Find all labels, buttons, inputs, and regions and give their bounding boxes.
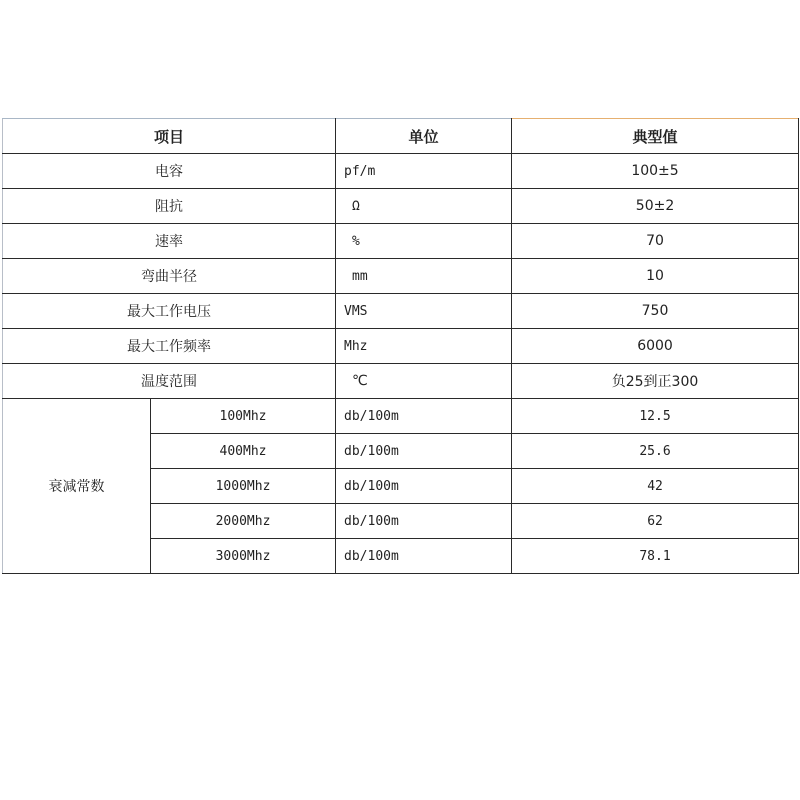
value-cell: 50±2 <box>512 189 799 224</box>
value-cell: 70 <box>512 224 799 259</box>
item-cell: 温度范围 <box>3 364 336 399</box>
unit-cell: db/100m <box>336 469 512 504</box>
unit-cell: Ω <box>336 189 512 224</box>
table-row: 速率 % 70 <box>3 224 799 259</box>
table-row: 最大工作频率 Mhz 6000 <box>3 329 799 364</box>
frequency-cell: 2000Mhz <box>151 504 336 539</box>
value-cell: 750 <box>512 294 799 329</box>
table-row: 阻抗 Ω 50±2 <box>3 189 799 224</box>
unit-cell: Mhz <box>336 329 512 364</box>
frequency-cell: 100Mhz <box>151 399 336 434</box>
unit-cell: db/100m <box>336 539 512 574</box>
value-cell: 6000 <box>512 329 799 364</box>
table-row: 弯曲半径 mm 10 <box>3 259 799 294</box>
attenuation-label: 衰减常数 <box>3 399 151 574</box>
header-item: 项目 <box>3 119 336 154</box>
unit-cell: VMS <box>336 294 512 329</box>
header-value: 典型值 <box>512 119 799 154</box>
item-cell: 阻抗 <box>3 189 336 224</box>
item-cell: 电容 <box>3 154 336 189</box>
value-cell: 100±5 <box>512 154 799 189</box>
unit-cell: ℃ <box>336 364 512 399</box>
table-row: 电容 pf/m 100±5 <box>3 154 799 189</box>
item-cell: 速率 <box>3 224 336 259</box>
header-unit: 单位 <box>336 119 512 154</box>
frequency-cell: 3000Mhz <box>151 539 336 574</box>
value-cell: 42 <box>512 469 799 504</box>
value-cell: 12.5 <box>512 399 799 434</box>
frequency-cell: 400Mhz <box>151 434 336 469</box>
table-row: 温度范围 ℃ 负25到正300 <box>3 364 799 399</box>
unit-cell: db/100m <box>336 504 512 539</box>
value-cell: 78.1 <box>512 539 799 574</box>
attenuation-row: 衰减常数 100Mhz db/100m 12.5 <box>3 399 799 434</box>
unit-cell: mm <box>336 259 512 294</box>
unit-cell: % <box>336 224 512 259</box>
spec-table-container: 项目 单位 典型值 电容 pf/m 100±5 阻抗 Ω 50±2 速率 % 7… <box>2 118 798 574</box>
spec-table: 项目 单位 典型值 电容 pf/m 100±5 阻抗 Ω 50±2 速率 % 7… <box>2 118 799 574</box>
header-row: 项目 单位 典型值 <box>3 119 799 154</box>
table-row: 最大工作电压 VMS 750 <box>3 294 799 329</box>
unit-cell: db/100m <box>336 434 512 469</box>
item-cell: 弯曲半径 <box>3 259 336 294</box>
value-cell: 25.6 <box>512 434 799 469</box>
frequency-cell: 1000Mhz <box>151 469 336 504</box>
value-cell: 负25到正300 <box>512 364 799 399</box>
unit-cell: db/100m <box>336 399 512 434</box>
value-cell: 62 <box>512 504 799 539</box>
unit-cell: pf/m <box>336 154 512 189</box>
value-cell: 10 <box>512 259 799 294</box>
item-cell: 最大工作电压 <box>3 294 336 329</box>
item-cell: 最大工作频率 <box>3 329 336 364</box>
